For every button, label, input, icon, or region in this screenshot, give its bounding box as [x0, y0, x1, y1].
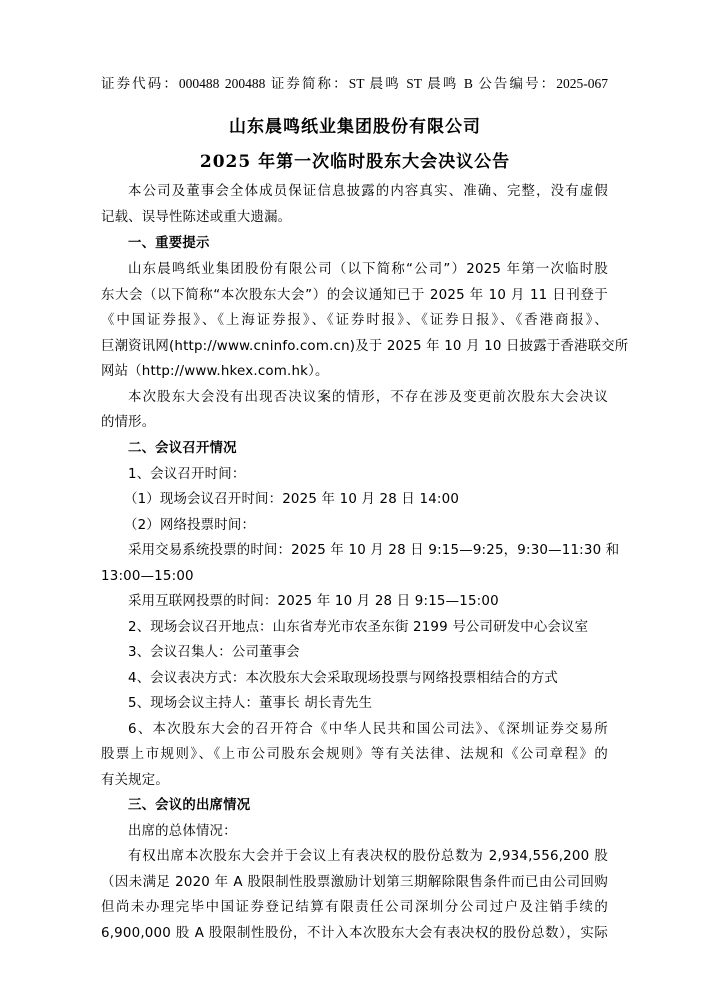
attendance-line-2: （因未满足 2020 年 A 股限制性股票激励计划第三期解除限售条件而已由公司回…	[101, 874, 608, 892]
attendance-overall-label: 出席的总体情况：	[128, 823, 608, 841]
attendance-line-4: 6,900,000 股 A 股限制性股份，不计入本次股东大会有表决权的股份总数）…	[101, 925, 608, 943]
meeting-convener: 3、会议召集人：公司董事会	[128, 644, 608, 662]
attendance-line-1: 有权出席本次股东大会并于会议上有表决权的股份总数为 2,934,556,200 …	[128, 848, 608, 866]
announcement-page: 证券代码：000488 200488 证券简称：ST 晨鸣 ST 晨鸣 B 公告…	[0, 0, 710, 1005]
notice-line-2: 东大会（以下简称“本次股东大会”）的会议通知已于 2025 年 10 月 11 …	[101, 287, 608, 305]
notice-line-1: 山东晨鸣纸业集团股份有限公司（以下简称“公司”）2025 年第一次临时股	[128, 261, 608, 279]
company-title: 山东晨鸣纸业集团股份有限公司	[0, 116, 710, 138]
compliance-line-1: 6、本次股东大会的召开符合《中华人民共和国公司法》、《深圳证券交易所	[128, 721, 608, 739]
section-heading-attendance: 三、会议的出席情况	[128, 797, 608, 815]
section-heading-important: 一、重要提示	[128, 235, 608, 253]
onsite-meeting-time: （1）现场会议召开时间：2025 年 10 月 28 日 14:00	[124, 491, 631, 509]
notice-line-4: 巨潮资讯网(http://www.cninfo.com.cn)及于 2025 年…	[101, 338, 608, 356]
meeting-location: 2、现场会议召开地点：山东省寿光市农圣东街 2199 号公司研发中心会议室	[128, 619, 608, 637]
section-heading-meeting: 二、会议召开情况	[128, 440, 608, 458]
meeting-chair: 5、现场会议主持人：董事长 胡长青先生	[128, 695, 608, 713]
no-veto-line-2: 的情形。	[101, 414, 608, 432]
attendance-line-3: 但尚未办理完毕中国证券登记结算有限责任公司深圳分公司过户及注销手续的	[101, 899, 608, 917]
announcement-title: 2025 年第一次临时股东大会决议公告	[0, 151, 710, 173]
compliance-line-2: 股票上市规则》、《上市公司股东会规则》等有关法律、法规和《公司章程》的	[101, 746, 608, 764]
compliance-line-3: 有关规定。	[101, 772, 608, 790]
voting-method: 4、会议表决方式：本次股东大会采取现场投票与网络投票相结合的方式	[128, 670, 608, 688]
online-voting-time-label: （2）网络投票时间：	[124, 517, 631, 535]
notice-line-3: 《中国证券报》、《上海证券报》、《证券时报》、《证券日报》、《香港商报》、	[101, 312, 608, 330]
meeting-time-label: 1、会议召开时间：	[128, 466, 608, 484]
intro-line-2: 记载、误导性陈述或重大遗漏。	[101, 209, 608, 227]
trading-system-voting-time-2: 13:00—15:00	[101, 568, 608, 586]
intro-line-1: 本公司及董事会全体成员保证信息披露的内容真实、准确、完整，没有虚假	[128, 183, 608, 201]
no-veto-line-1: 本次股东大会没有出现否决议案的情形，不存在涉及变更前次股东大会决议	[128, 389, 608, 407]
notice-line-5: 网站（http://www.hkex.com.hk）。	[101, 363, 608, 381]
securities-header: 证券代码：000488 200488 证券简称：ST 晨鸣 ST 晨鸣 B 公告…	[101, 75, 608, 93]
internet-voting-time: 采用互联网投票的时间：2025 年 10 月 28 日 9:15—15:00	[128, 593, 608, 611]
trading-system-voting-time-1: 采用交易系统投票的时间：2025 年 10 月 28 日 9:15—9:25，9…	[128, 542, 608, 560]
